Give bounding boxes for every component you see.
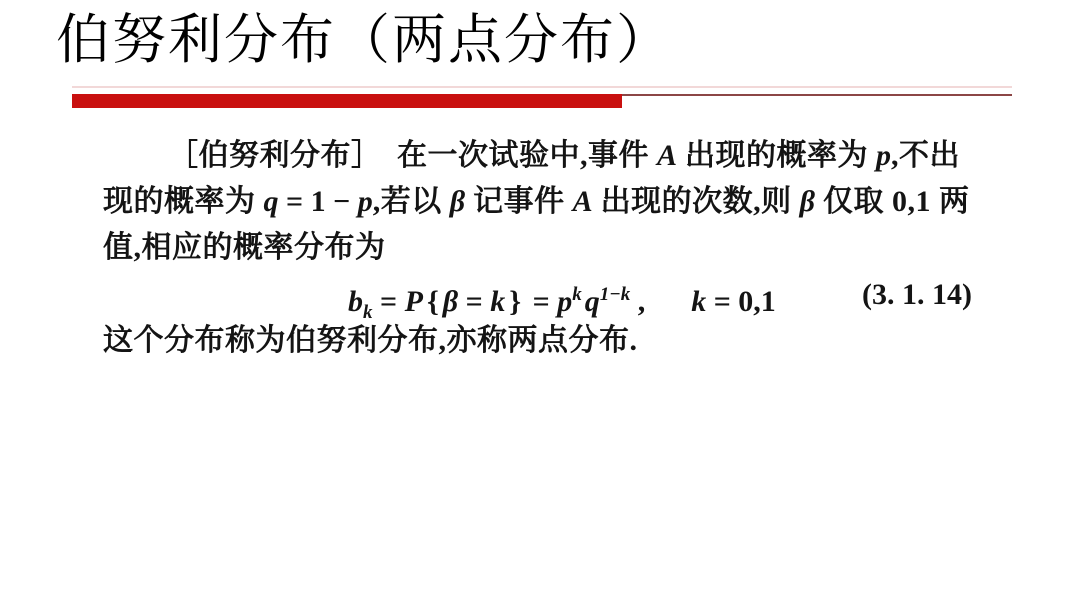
math-var-P: P — [405, 285, 423, 318]
math-sup-k: k — [572, 284, 582, 305]
text-run: 记事件 — [465, 185, 573, 218]
math-equals: = — [373, 285, 405, 318]
text-run: 这个分布称为 — [103, 324, 286, 357]
body-line-1: ［伯努利分布］ 在一次试验中,事件 A 出现的概率为 p,不出 — [168, 137, 960, 175]
math-var-b: b — [348, 285, 363, 318]
bold-term-two-point: 两点分布 — [508, 324, 630, 357]
slide-title: 伯努利分布（两点分布） — [56, 6, 672, 74]
text-run: ［伯努利分布］ 在一次试验中,事件 — [168, 139, 657, 172]
math-left-brace: { — [423, 285, 443, 318]
equation-number: (3. 1. 14) — [862, 276, 972, 314]
text-run: 值,相应的概率分布为 — [103, 231, 386, 264]
title-accent-bar — [72, 94, 622, 108]
text-run: 出现的次数,则 — [593, 185, 800, 218]
text-run: . — [630, 324, 638, 357]
math-var-A: A — [573, 185, 593, 218]
math-var-q: q — [264, 185, 279, 218]
text-run: ,亦称 — [439, 324, 508, 357]
math-expr: = 1 − — [279, 185, 358, 218]
slide: 伯努利分布（两点分布） ［伯努利分布］ 在一次试验中,事件 A 出现的概率为 p… — [0, 0, 1080, 601]
text-run: 仅取 0,1 两 — [815, 185, 970, 218]
math-var-A: A — [657, 139, 677, 172]
math-comma: , — [630, 285, 645, 318]
title-underline-faint — [72, 86, 1012, 88]
math-var-p: p — [876, 139, 891, 172]
math-var-q: q — [585, 285, 600, 318]
body-line-2: 现的概率为 q = 1 − p,若以 β 记事件 A 出现的次数,则 β 仅取 … — [103, 183, 969, 221]
text-run: 现的概率为 — [103, 185, 264, 218]
text-run: ,不出 — [891, 139, 960, 172]
math-var-p: p — [557, 285, 572, 318]
math-sup-1mk: 1−k — [600, 284, 631, 305]
math-var-k: k — [691, 285, 706, 318]
math-right-brace: } — [505, 285, 525, 318]
body-line-3: 值,相应的概率分布为 — [103, 229, 386, 267]
math-var-k: k — [490, 285, 505, 318]
math-expr: = 0,1 — [706, 285, 776, 318]
math-var-beta: β — [443, 285, 458, 318]
text-run: ,若以 — [373, 185, 450, 218]
math-sub-k: k — [363, 302, 373, 323]
math-var-p: p — [358, 185, 373, 218]
bold-term-bernoulli: 伯努利分布 — [286, 324, 439, 357]
math-equals: = — [525, 285, 557, 318]
text-run: 出现的概率为 — [677, 139, 876, 172]
math-equals: = — [458, 285, 490, 318]
math-var-beta: β — [800, 185, 815, 218]
body-line-5: 这个分布称为伯努利分布,亦称两点分布. — [103, 322, 637, 360]
math-var-beta: β — [450, 185, 465, 218]
